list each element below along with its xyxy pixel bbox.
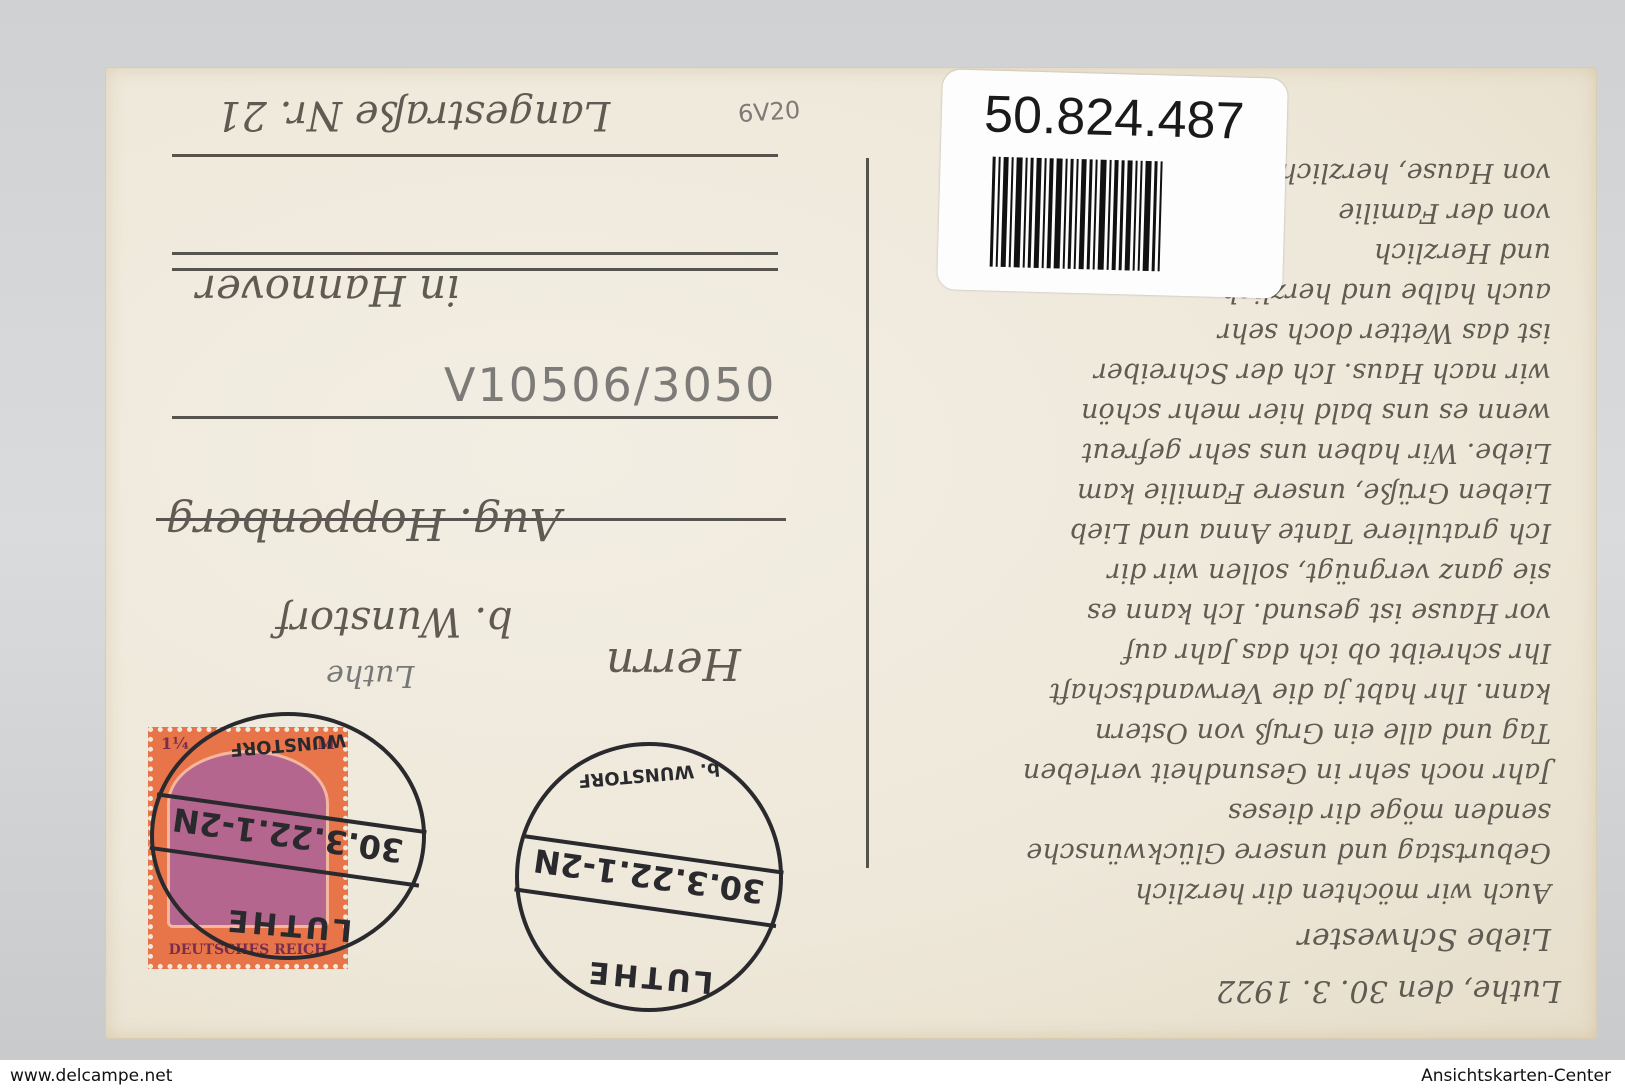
pencil-luthe: Luthe — [326, 658, 414, 693]
postmark-1: 30.3.22.1-2N WUNSTORF LUTHE — [150, 712, 426, 960]
pencil-top-code: 6V20 — [737, 96, 801, 128]
watermark-delcampe: www.delcampe.net — [10, 1066, 172, 1086]
message-line: vor Hause ist gesund. Ich kann es — [1087, 597, 1551, 628]
address-rule-3 — [172, 416, 778, 419]
message-line: von Hause, herzlich — [1279, 157, 1551, 188]
message-line: Auch wir möchten dir herzlich — [1135, 877, 1551, 908]
message-line: senden möge dir dieses — [1228, 797, 1551, 828]
message-date: Luthe, den 30. 3. 1922 — [1216, 973, 1561, 1008]
message-line: ist das Wetter doch sehr — [1218, 317, 1551, 348]
address-line-2: in Hannover — [196, 266, 460, 315]
address-rule-1 — [172, 154, 778, 157]
address-line-3: Aug. Hoppenberg — [166, 498, 561, 549]
pencil-side-note: b. Wunstorf — [276, 598, 513, 644]
address-line-1: Langestraße Nr. 21 — [216, 92, 610, 138]
message-line: kann. Ihr habt ja die Verwandtschaft — [1049, 677, 1551, 708]
message-line: Ich gratuliere Tante Anna und Lieb — [1070, 517, 1551, 548]
message-line: Liebe. Wir haben uns sehr gefreut — [1082, 437, 1551, 468]
message-line: Tag und alle ein Gruß von Ostern — [1095, 717, 1551, 748]
message-line: Geburtstag und unsere Glückwünsche — [1026, 837, 1551, 868]
watermark-seller: Ansichtskarten-Center — [1421, 1066, 1611, 1086]
barcode-icon — [990, 157, 1248, 274]
postmark-2: 30.3.22.1-2N b. WUNSTORF LUTHE — [515, 742, 783, 1012]
message-line: Jahr noch sehr in Gesundheit verleben — [1023, 757, 1551, 788]
pencil-reference: V10506/3050 — [444, 358, 776, 412]
address-line-4: Herrn — [606, 638, 741, 689]
item-number: 50.824.487 — [941, 83, 1288, 153]
card-divider — [866, 158, 869, 868]
message-line: sie ganz vergnügt, sollen wir dir — [1107, 557, 1551, 588]
message-line: wenn es uns bald hier mehr schön — [1081, 397, 1551, 428]
message-line: von der Familie — [1338, 197, 1551, 228]
message-line: Lieben Grüße, unsere Familie kam — [1077, 477, 1551, 508]
item-label: 50.824.487 — [937, 69, 1288, 299]
message-line: wir nach Haus. Ich der Schreiber — [1094, 357, 1551, 388]
message-line: und Herzlich — [1374, 237, 1551, 268]
message-line: Ihr schreibt ob ich das Jahr auf — [1124, 637, 1551, 668]
message-greeting: Liebe Schwester — [1298, 921, 1551, 956]
address-rule-2a — [172, 252, 778, 255]
